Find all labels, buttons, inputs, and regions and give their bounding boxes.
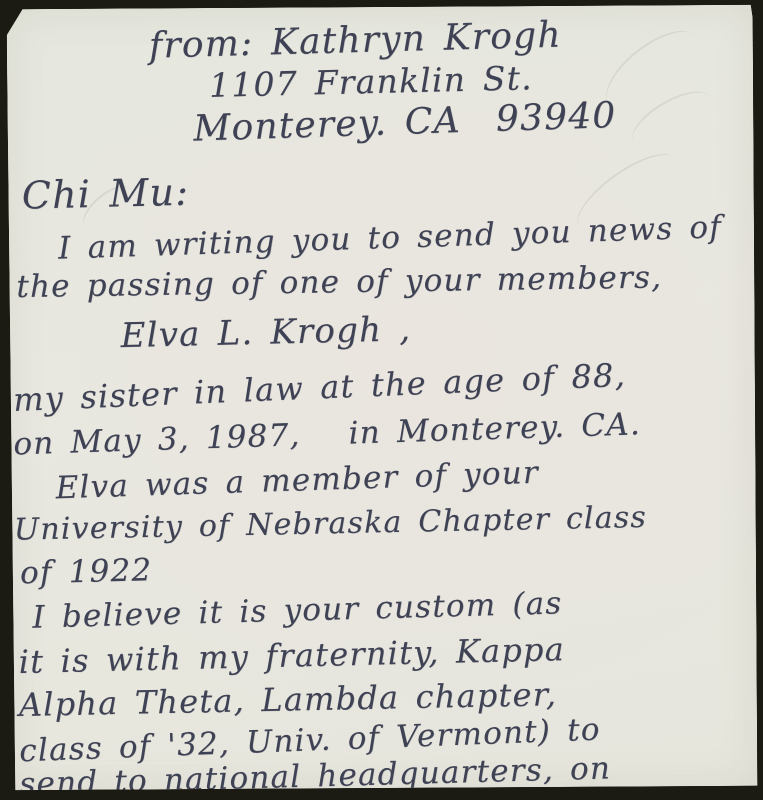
body-line: University of Nebraska Chapter class (14, 503, 648, 546)
ink-bleed-mark (623, 80, 721, 160)
scan-background: from: Kathryn Krogh 1107 Franklin St. Mo… (0, 0, 763, 800)
body-line: Alpha Theta, Lambda chapter, (19, 678, 558, 721)
salutation: Chi Mu: (21, 173, 189, 215)
body-line-deceased-name: Elva L. Krogh , (120, 312, 411, 353)
return-address-from-line: from: Kathryn Krogh (148, 18, 562, 65)
body-line: I believe it is your custom (as (32, 588, 563, 633)
body-line: my sister in law at the age of 88, (13, 359, 627, 416)
body-line: of 1922 (20, 555, 153, 589)
body-line: it is with my fraternity, Kappa (18, 633, 565, 678)
letter-paper: from: Kathryn Krogh 1107 Franklin St. Mo… (7, 5, 758, 791)
body-line: Elva was a member of your (55, 458, 539, 505)
body-line: on May 3, 1987, in Monterey. CA. (13, 409, 641, 460)
return-address-city: Monterey. CA 93940 (193, 98, 617, 148)
body-line: the passing of one of your members, (16, 262, 662, 303)
return-address-street: 1107 Franklin St. (209, 61, 533, 102)
body-line: I am writing you to send you news of (58, 212, 723, 264)
